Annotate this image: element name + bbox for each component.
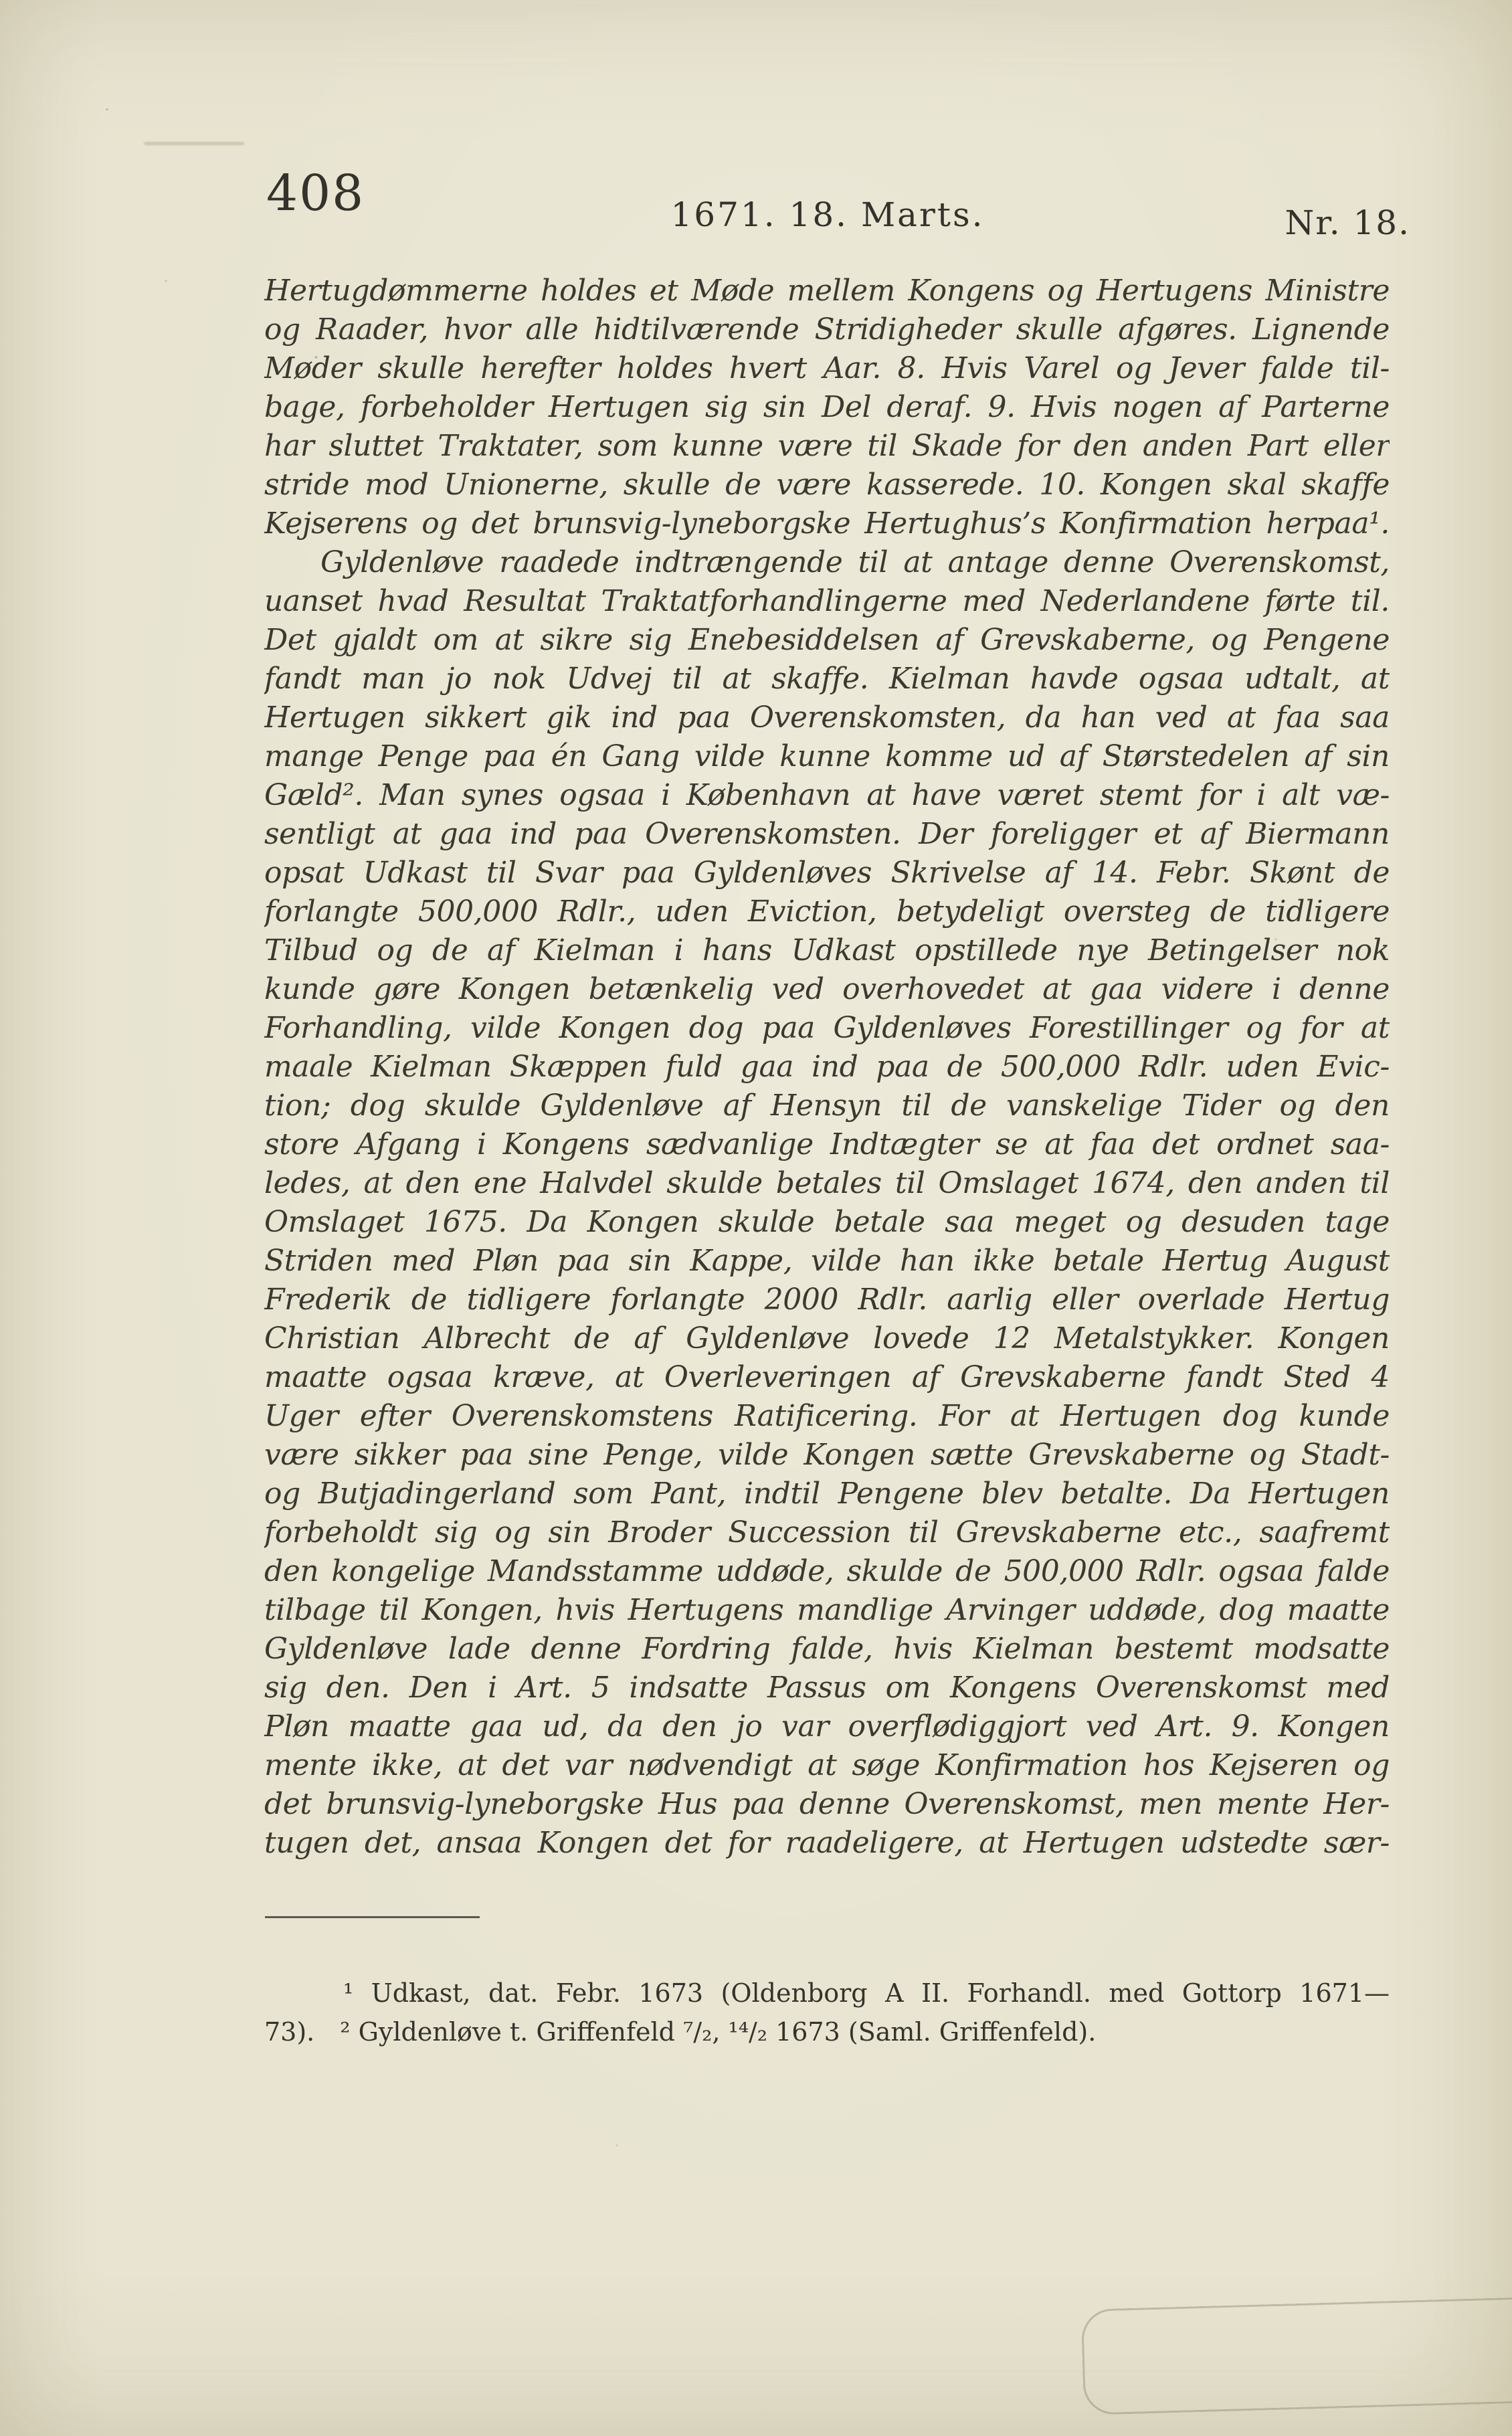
body-line: opsat Udkast til Svar paa Gyldenløves Sk…: [264, 854, 1390, 893]
body-line: forlangte 500,000 Rdlr., uden Eviction, …: [264, 893, 1390, 931]
body-line: bage, forbeholder Hertugen sig sin Del d…: [264, 388, 1390, 427]
body-line: uanset hvad Resultat Traktatforhandlinge…: [264, 582, 1390, 621]
body-line: Pløn maatte gaa ud, da den jo var overfl…: [264, 1707, 1390, 1746]
footnote-divider: [265, 1916, 480, 1918]
page-number: 408: [266, 169, 365, 218]
body-line: Gyldenløve raadede indtrængende til at a…: [264, 543, 1390, 582]
body-line: maatte ogsaa kræve, at Overleveringen af…: [264, 1358, 1390, 1397]
footnote-1: ¹ Udkast, dat. Febr. 1673 (Oldenborg A I…: [264, 1975, 1390, 2011]
body-line: Hertugen sikkert gik ind paa Overenskoms…: [264, 698, 1390, 737]
paper-speck: [616, 2144, 618, 2146]
body-line: Møder skulle herefter holdes hvert Aar. …: [264, 349, 1390, 388]
body-line: sig den. Den i Art. 5 indsatte Passus om…: [264, 1669, 1390, 1707]
body-line: Forhandling, vilde Kongen dog paa Gylden…: [264, 1009, 1390, 1048]
footnote-2: 73). ² Gyldenløve t. Griffenfeld ⁷/₂, ¹⁴…: [264, 2014, 1390, 2050]
body-line: kunde gøre Kongen betænkelig ved overhov…: [264, 970, 1390, 1009]
library-pocket-outline: [1081, 2295, 1512, 2415]
body-line: og Raader, hvor alle hidtilværende Strid…: [264, 310, 1390, 349]
body-line: Gæld². Man synes ogsaa i København at ha…: [264, 776, 1390, 815]
paper-smudge: [144, 142, 244, 145]
paper-speck: [314, 356, 318, 359]
body-line: Christian Albrecht de af Gyldenløve love…: [264, 1319, 1390, 1358]
paper-speck: [1274, 938, 1277, 941]
scanned-book-page: 408 1671. 18. Marts. Nr. 18. Hertugdømme…: [0, 0, 1512, 2436]
paper-speck: [106, 108, 108, 110]
body-text: Hertugdømmerne holdes et Møde mellem Kon…: [264, 272, 1390, 1863]
header-issue-number: Nr. 18.: [1285, 206, 1410, 240]
header-date: 1671. 18. Marts.: [671, 198, 985, 231]
body-line: Striden med Pløn paa sin Kappe, vilde ha…: [264, 1242, 1390, 1281]
body-line: har sluttet Traktater, som kunne være ti…: [264, 427, 1390, 466]
body-line: fandt man jo nok Udvej til at skaffe. Ki…: [264, 660, 1390, 698]
body-line: Uger efter Overenskomstens Ratificering.…: [264, 1397, 1390, 1436]
body-line: tugen det, ansaa Kongen det for raadelig…: [264, 1824, 1390, 1863]
body-line: Gyldenløve lade denne Fordring falde, hv…: [264, 1630, 1390, 1669]
body-line: den kongelige Mandsstamme uddøde, skulde…: [264, 1552, 1390, 1591]
body-line: store Afgang i Kongens sædvanlige Indtæg…: [264, 1125, 1390, 1164]
body-line: sentligt at gaa ind paa Overenskomsten. …: [264, 815, 1390, 854]
body-line: forbeholdt sig og sin Broder Succession …: [264, 1513, 1390, 1552]
body-line: og Butjadingerland som Pant, indtil Peng…: [264, 1475, 1390, 1513]
body-line: Hertugdømmerne holdes et Møde mellem Kon…: [264, 272, 1390, 310]
body-line: maale Kielman Skæppen fuld gaa ind paa d…: [264, 1048, 1390, 1087]
body-line: stride mod Unionerne, skulle de være kas…: [264, 466, 1390, 504]
body-line: tion; dog skulde Gyldenløve af Hensyn ti…: [264, 1087, 1390, 1125]
body-line: Kejserens og det brunsvig-lyneborgske He…: [264, 504, 1390, 543]
body-line: mange Penge paa én Gang vilde kunne komm…: [264, 737, 1390, 776]
body-line: det brunsvig-lyneborgske Hus paa denne O…: [264, 1785, 1390, 1824]
body-line: Det gjaldt om at sikre sig Enebesiddelse…: [264, 621, 1390, 660]
body-line: tilbage til Kongen, hvis Hertugens mandl…: [264, 1591, 1390, 1630]
body-line: være sikker paa sine Penge, vilde Kongen…: [264, 1436, 1390, 1475]
paper-speck: [165, 280, 167, 282]
body-line: ledes, at den ene Halvdel skulde betales…: [264, 1164, 1390, 1203]
body-line: Omslaget 1675. Da Kongen skulde betale s…: [264, 1203, 1390, 1242]
body-line: Frederik de tidligere forlangte 2000 Rdl…: [264, 1281, 1390, 1319]
body-line: Tilbud og de af Kielman i hans Udkast op…: [264, 931, 1390, 970]
body-line: mente ikke, at det var nødvendigt at søg…: [264, 1746, 1390, 1785]
